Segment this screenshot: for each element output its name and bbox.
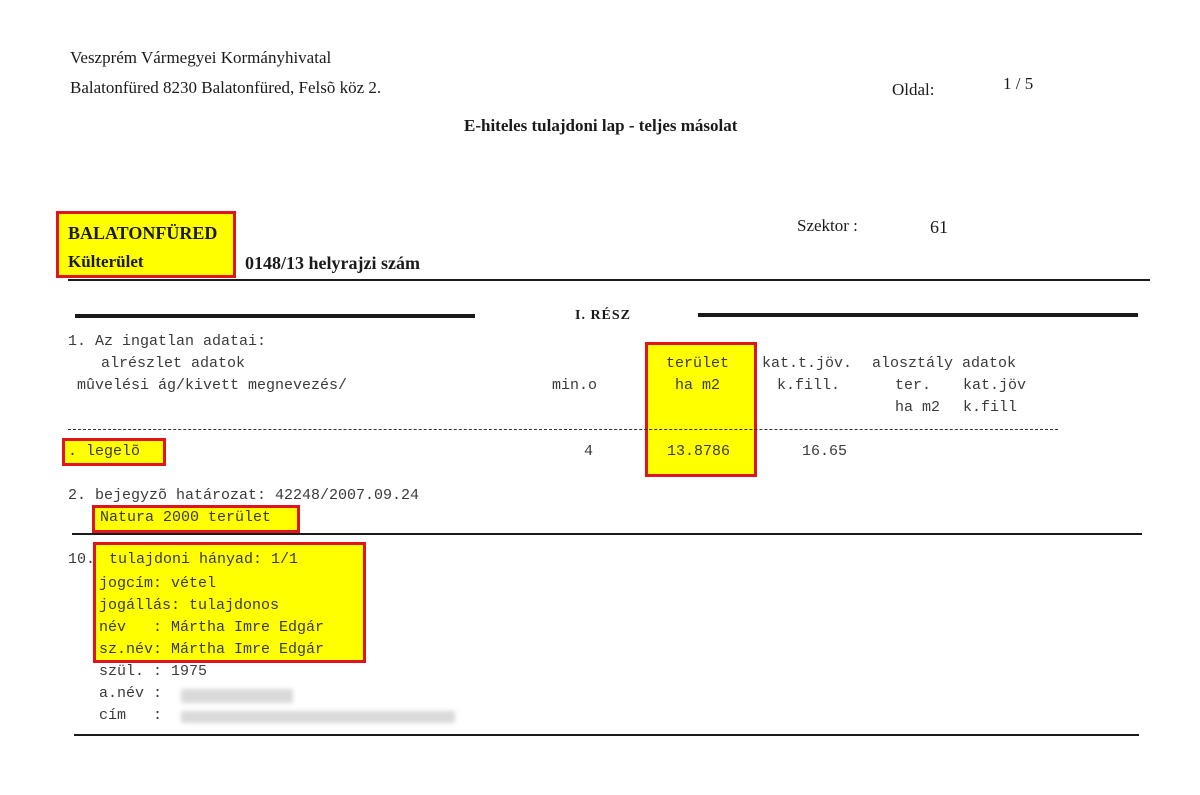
col-sub-area-unit: ha m2 [895,399,940,416]
owner-number: 10. [68,551,95,568]
owner-birth-name: sz.név: Mártha Imre Edgár [99,641,324,658]
col-cultivation: mûvelési ág/kivett megnevezés/ [77,377,347,394]
owner-birth-year: szül. : 1975 [99,663,207,680]
item2-resolution: 2. bejegyzõ határozat: 42248/2007.09.24 [68,487,419,504]
section-rule-left [75,314,475,318]
sector-label: Szektor : [797,216,858,236]
area-type: Külterület [68,252,144,272]
col-income: kat.t.jöv. [762,355,852,372]
sector-value: 61 [930,217,948,238]
office-name: Veszprém Vármegyei Kormányhivatal [70,48,331,68]
owner-name: név : Mártha Imre Edgár [99,619,324,636]
settlement-name: BALATONFÜRED [68,223,217,244]
document-title: E-hiteles tulajdoni lap - teljes másolat [464,116,737,136]
col-area: terület [666,355,729,372]
address-label: cím : [99,707,162,724]
redacted-address [181,711,455,723]
owner-title: jogcím: vétel [99,575,216,592]
office-address: Balatonfüred 8230 Balatonfüred, Felsõ kö… [70,78,381,98]
page-number: 1 / 5 [1003,74,1033,94]
section-rule-right [698,313,1138,317]
row-area: 13.8786 [667,443,730,460]
redacted-mother-name [181,689,293,703]
col-sub-area: ter. [895,377,931,394]
section-heading: I. RÉSZ [575,308,631,324]
item1-title: 1. Az ingatlan adatai: [68,333,266,350]
row-income: 16.65 [802,443,847,460]
col-area-unit: ha m2 [675,377,720,394]
col-subclass: alosztály adatok [872,355,1016,372]
page-label: Oldal: [892,80,935,100]
divider-line-3 [74,734,1139,736]
item2-note: Natura 2000 terület [100,509,271,526]
owner-share: tulajdoni hányad: 1/1 [109,551,298,568]
col-sub-income: kat.jöv [963,377,1026,394]
divider-line [68,279,1150,281]
dashed-separator [68,429,1058,430]
owner-status: jogállás: tulajdonos [99,597,279,614]
divider-line-2 [72,533,1142,535]
col-sub-income-unit: k.fill [963,399,1017,416]
col-quality: min.o [552,377,597,394]
row-quality: 4 [584,443,593,460]
col-income-unit: k.fill. [777,377,840,394]
parcel-number: 0148/13 helyrajzi szám [245,253,420,274]
mother-name-label: a.név : [99,685,162,702]
row-cultivation: . legelõ [68,443,140,460]
subheading: alrészlet adatok [101,355,245,372]
